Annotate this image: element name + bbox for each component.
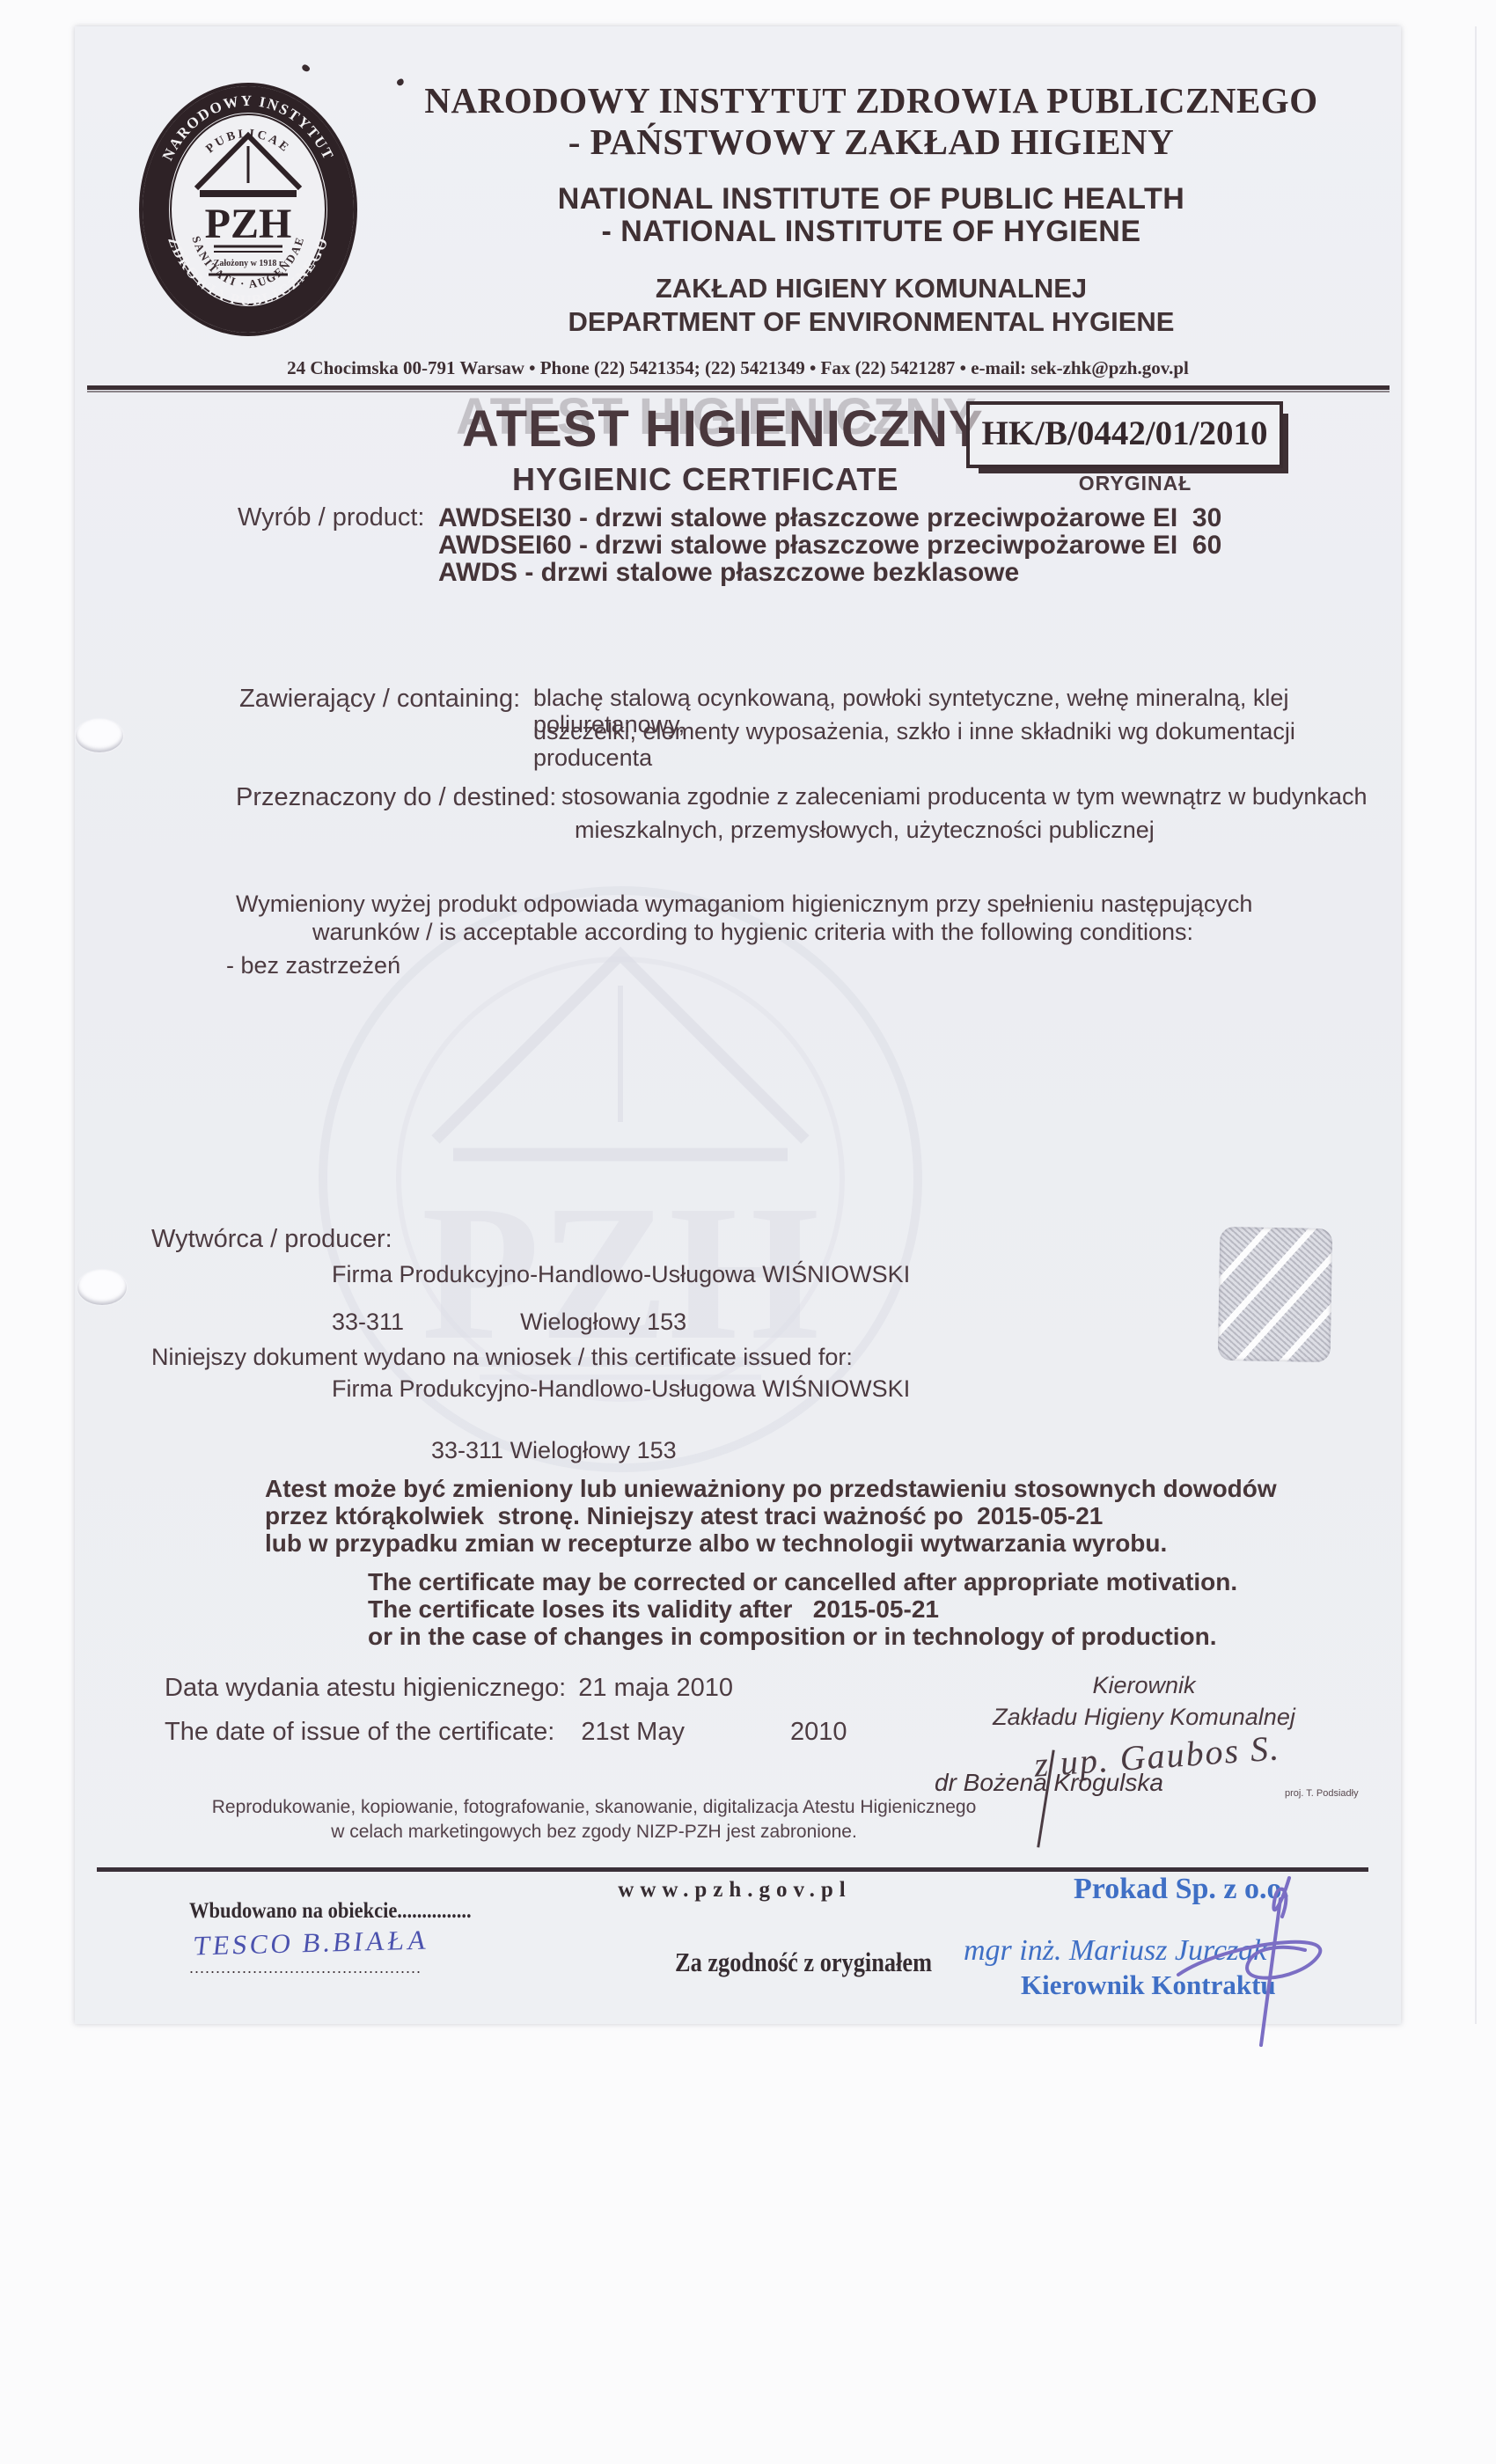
scanned-certificate: PZH NARODOWY INSTYTUT ZDROWIA PUBLICZNEG… bbox=[0, 0, 1496, 2464]
dotted-line: ........................................… bbox=[189, 1959, 422, 1977]
built-in-handwritten-value: TESCO B.BIAŁA bbox=[192, 1924, 431, 1962]
repro-note-line-2: w celach marketingowych bez zgody NIZP-P… bbox=[154, 1820, 1034, 1844]
conditions-line-1: Wymieniony wyżej produkt odpowiada wymag… bbox=[236, 891, 1252, 917]
punch-hole-top bbox=[76, 719, 123, 752]
issue-date-value-en: 21st May bbox=[581, 1718, 685, 1746]
destined-line-1: stosowania zgodnie z zaleceniami produce… bbox=[561, 783, 1367, 810]
issue-date-row-en: The date of issue of the certificate:21s… bbox=[165, 1718, 847, 1747]
issue-date-label-en: The date of issue of the certificate: bbox=[165, 1718, 554, 1746]
signatory-role-2: Zakładu Higieny Komunalnej bbox=[981, 1704, 1307, 1731]
validity-en-line-3: or in the case of changes in composition… bbox=[368, 1623, 1217, 1650]
ink-speck bbox=[301, 63, 311, 73]
repro-note-line-1: Reprodukowanie, kopiowanie, fotografowan… bbox=[154, 1795, 1034, 1820]
producer-label: Wytwórca / producer: bbox=[151, 1225, 392, 1254]
contract-signature-squiggle bbox=[1166, 1873, 1377, 2049]
certificate-number-box: HK/B/0442/01/2010 bbox=[966, 401, 1283, 468]
document-page: PZH NARODOWY INSTYTUT ZDROWIA PUBLICZNEG… bbox=[75, 26, 1401, 2024]
issued-for-label: Niniejszy dokument wydano na wniosek / t… bbox=[151, 1339, 853, 1375]
validity-pl-line-1: Atest może być zmieniony lub unieważnion… bbox=[265, 1475, 1277, 1502]
containing-label: Zawierający / containing: bbox=[239, 685, 520, 714]
hologram-sticker bbox=[1218, 1227, 1333, 1362]
certificate-title-pl: ATEST HIGIENICZNY bbox=[462, 400, 984, 458]
signatory-name: dr Bożena Krogulska bbox=[935, 1769, 1163, 1797]
seal-center-text: PZH bbox=[205, 201, 292, 247]
issue-date-label-pl: Data wydania atestu higienicznego: bbox=[165, 1674, 566, 1702]
dept-name-en: DEPARTMENT OF ENVIRONMENTAL HYGIENE bbox=[370, 306, 1373, 338]
issue-date-value-pl: 21 maja 2010 bbox=[578, 1674, 733, 1702]
product-line-3: AWDS - drzwi stalowe płaszczowe bezklaso… bbox=[438, 559, 1019, 586]
product-line-2: AWDSEI60 - drzwi stalowe płaszczowe prze… bbox=[438, 532, 1221, 559]
org-name-en-line1: NATIONAL INSTITUTE OF PUBLIC HEALTH bbox=[370, 182, 1373, 216]
org-name-en-line2: - NATIONAL INSTITUTE OF HYGIENE bbox=[370, 215, 1373, 249]
website-url: www.pzh.gov.pl bbox=[559, 1878, 911, 1903]
validity-en-line-1: The certificate may be corrected or canc… bbox=[368, 1568, 1237, 1595]
validity-pl-line-2: przez którąkolwiek stronę. Niniejszy ate… bbox=[265, 1502, 1103, 1529]
product-label: Wyrób / product: bbox=[238, 503, 425, 532]
contact-line: 24 Chocimska 00-791 Warsaw • Phone (22) … bbox=[75, 357, 1401, 379]
validity-pl-line-3: lub w przypadku zmian w recepturze albo … bbox=[265, 1529, 1167, 1557]
org-name-pl-line1: NARODOWY INSTYTUT ZDROWIA PUBLICZNEGO bbox=[370, 79, 1373, 121]
conformity-stamp: Za zgodność z oryginałem bbox=[675, 1947, 932, 1978]
pzh-seal-logo: NARODOWY INSTYTUT ZDROWIA PUBLICZNEGO PU… bbox=[138, 81, 358, 338]
producer-place: Wielogłowy 153 bbox=[520, 1309, 686, 1335]
copy-type-label: ORYGINAŁ bbox=[1012, 472, 1258, 495]
producer-name: Firma Produkcyjno-Handlowo-Usługowa WIŚN… bbox=[332, 1257, 910, 1292]
punch-hole-bottom bbox=[77, 1270, 127, 1305]
destined-line-2: mieszkalnych, przemysłowych, użytecznośc… bbox=[575, 817, 1155, 843]
org-name-pl-line2: - PAŃSTWOWY ZAKŁAD HIGIENY bbox=[370, 121, 1373, 163]
producer-postal-code: 33-311 bbox=[332, 1309, 404, 1335]
product-line-1: AWDSEI30 - drzwi stalowe płaszczowe prze… bbox=[438, 504, 1221, 532]
footer-rule bbox=[97, 1867, 1368, 1872]
scan-edge-line bbox=[1475, 26, 1477, 2024]
validity-en-line-2: The certificate loses its validity after… bbox=[368, 1595, 939, 1623]
header-divider-rule bbox=[87, 385, 1390, 392]
signatory-role-1: Kierownik bbox=[1021, 1672, 1267, 1699]
built-in-label: Wbudowano na obiekcie............... bbox=[189, 1899, 472, 1924]
certificate-title-en: HYGIENIC CERTIFICATE bbox=[512, 461, 898, 498]
conditions-note: - bez zastrzeżeń bbox=[226, 952, 400, 979]
issued-for-name: Firma Produkcyjno-Handlowo-Usługowa WIŚN… bbox=[332, 1371, 910, 1406]
conditions-line-2: warunków / is acceptable according to hy… bbox=[312, 919, 1193, 945]
issue-date-row-pl: Data wydania atestu higienicznego:21 maj… bbox=[165, 1674, 733, 1703]
destined-label: Przeznaczony do / destined: bbox=[236, 783, 556, 812]
issue-year-en: 2010 bbox=[790, 1718, 847, 1746]
seal-founded-text: Założony w 1918 r bbox=[214, 259, 283, 268]
producer-address-row: 33-311Wielogłowy 153 bbox=[332, 1304, 686, 1339]
issued-for-address: 33-311 Wielogłowy 153 bbox=[431, 1433, 677, 1468]
design-credit: proj. T. Podsiadły bbox=[1285, 1788, 1359, 1799]
certificate-number: HK/B/0442/01/2010 bbox=[970, 405, 1280, 463]
containing-line-2: uszczelki, elementy wyposażenia, szkło i… bbox=[533, 718, 1401, 771]
dept-name-pl: ZAKŁAD HIGIENY KOMUNALNEJ bbox=[370, 273, 1373, 304]
